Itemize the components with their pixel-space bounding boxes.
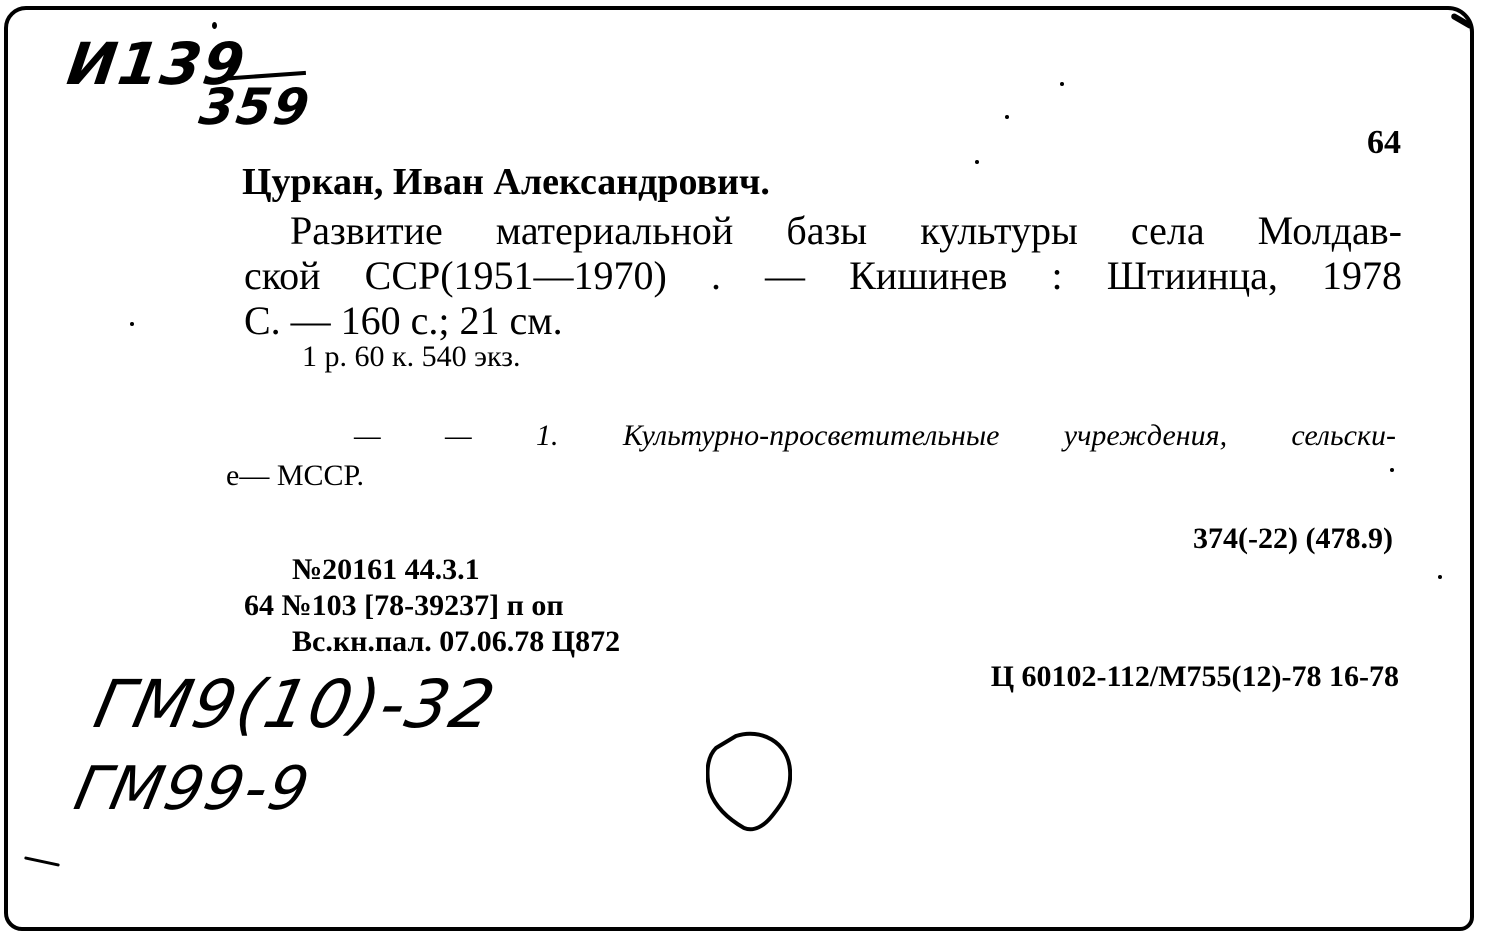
title-statement: Развитие материальной базы культуры села… bbox=[244, 208, 1402, 343]
scan-speck bbox=[1390, 468, 1394, 472]
scan-speck bbox=[1438, 575, 1442, 579]
scan-speck bbox=[130, 322, 134, 326]
meta-line: 64 №103 [78-39237] п оп bbox=[244, 588, 620, 624]
card-number: 64 bbox=[1367, 124, 1401, 162]
handwritten-note: ГМ99-9 bbox=[69, 754, 317, 824]
subject-line: е— МССР. bbox=[226, 456, 1396, 496]
price-code: Ц 60102-112/М755(12)-78 16-78 bbox=[991, 660, 1399, 694]
udc-classification: 374(-22) (478.9) bbox=[1193, 522, 1393, 556]
title-line: ской ССР(1951—1970) . — Кишинев : Штиинц… bbox=[244, 253, 1402, 298]
punch-hole-icon bbox=[706, 728, 792, 832]
shelfmark-bottom: 359 bbox=[196, 78, 315, 136]
card-metadata: №20161 44.3.1 64 №103 [78-39237] п оп Вс… bbox=[244, 552, 620, 660]
meta-line: Вс.кн.пал. 07.06.78 Ц872 bbox=[244, 624, 620, 660]
handwritten-note: ГМ9(10)-32 bbox=[88, 666, 503, 743]
title-line: С. — 160 с.; 21 см. bbox=[244, 298, 1402, 343]
scan-speck bbox=[1005, 115, 1009, 119]
scan-speck bbox=[1060, 82, 1064, 86]
subject-headings: — — 1. Культурно-просветительные учрежде… bbox=[226, 416, 1396, 496]
title-line: Развитие материальной базы культуры села… bbox=[244, 208, 1402, 253]
scan-speck bbox=[975, 160, 979, 164]
author-heading: Цуркан, Иван Александрович. bbox=[242, 160, 770, 204]
subject-line: — — 1. Культурно-просветительные учрежде… bbox=[226, 416, 1396, 456]
price-print-run: 1 р. 60 к. 540 экз. bbox=[302, 340, 520, 374]
scan-speck bbox=[212, 22, 217, 29]
meta-line: №20161 44.3.1 bbox=[244, 552, 620, 588]
